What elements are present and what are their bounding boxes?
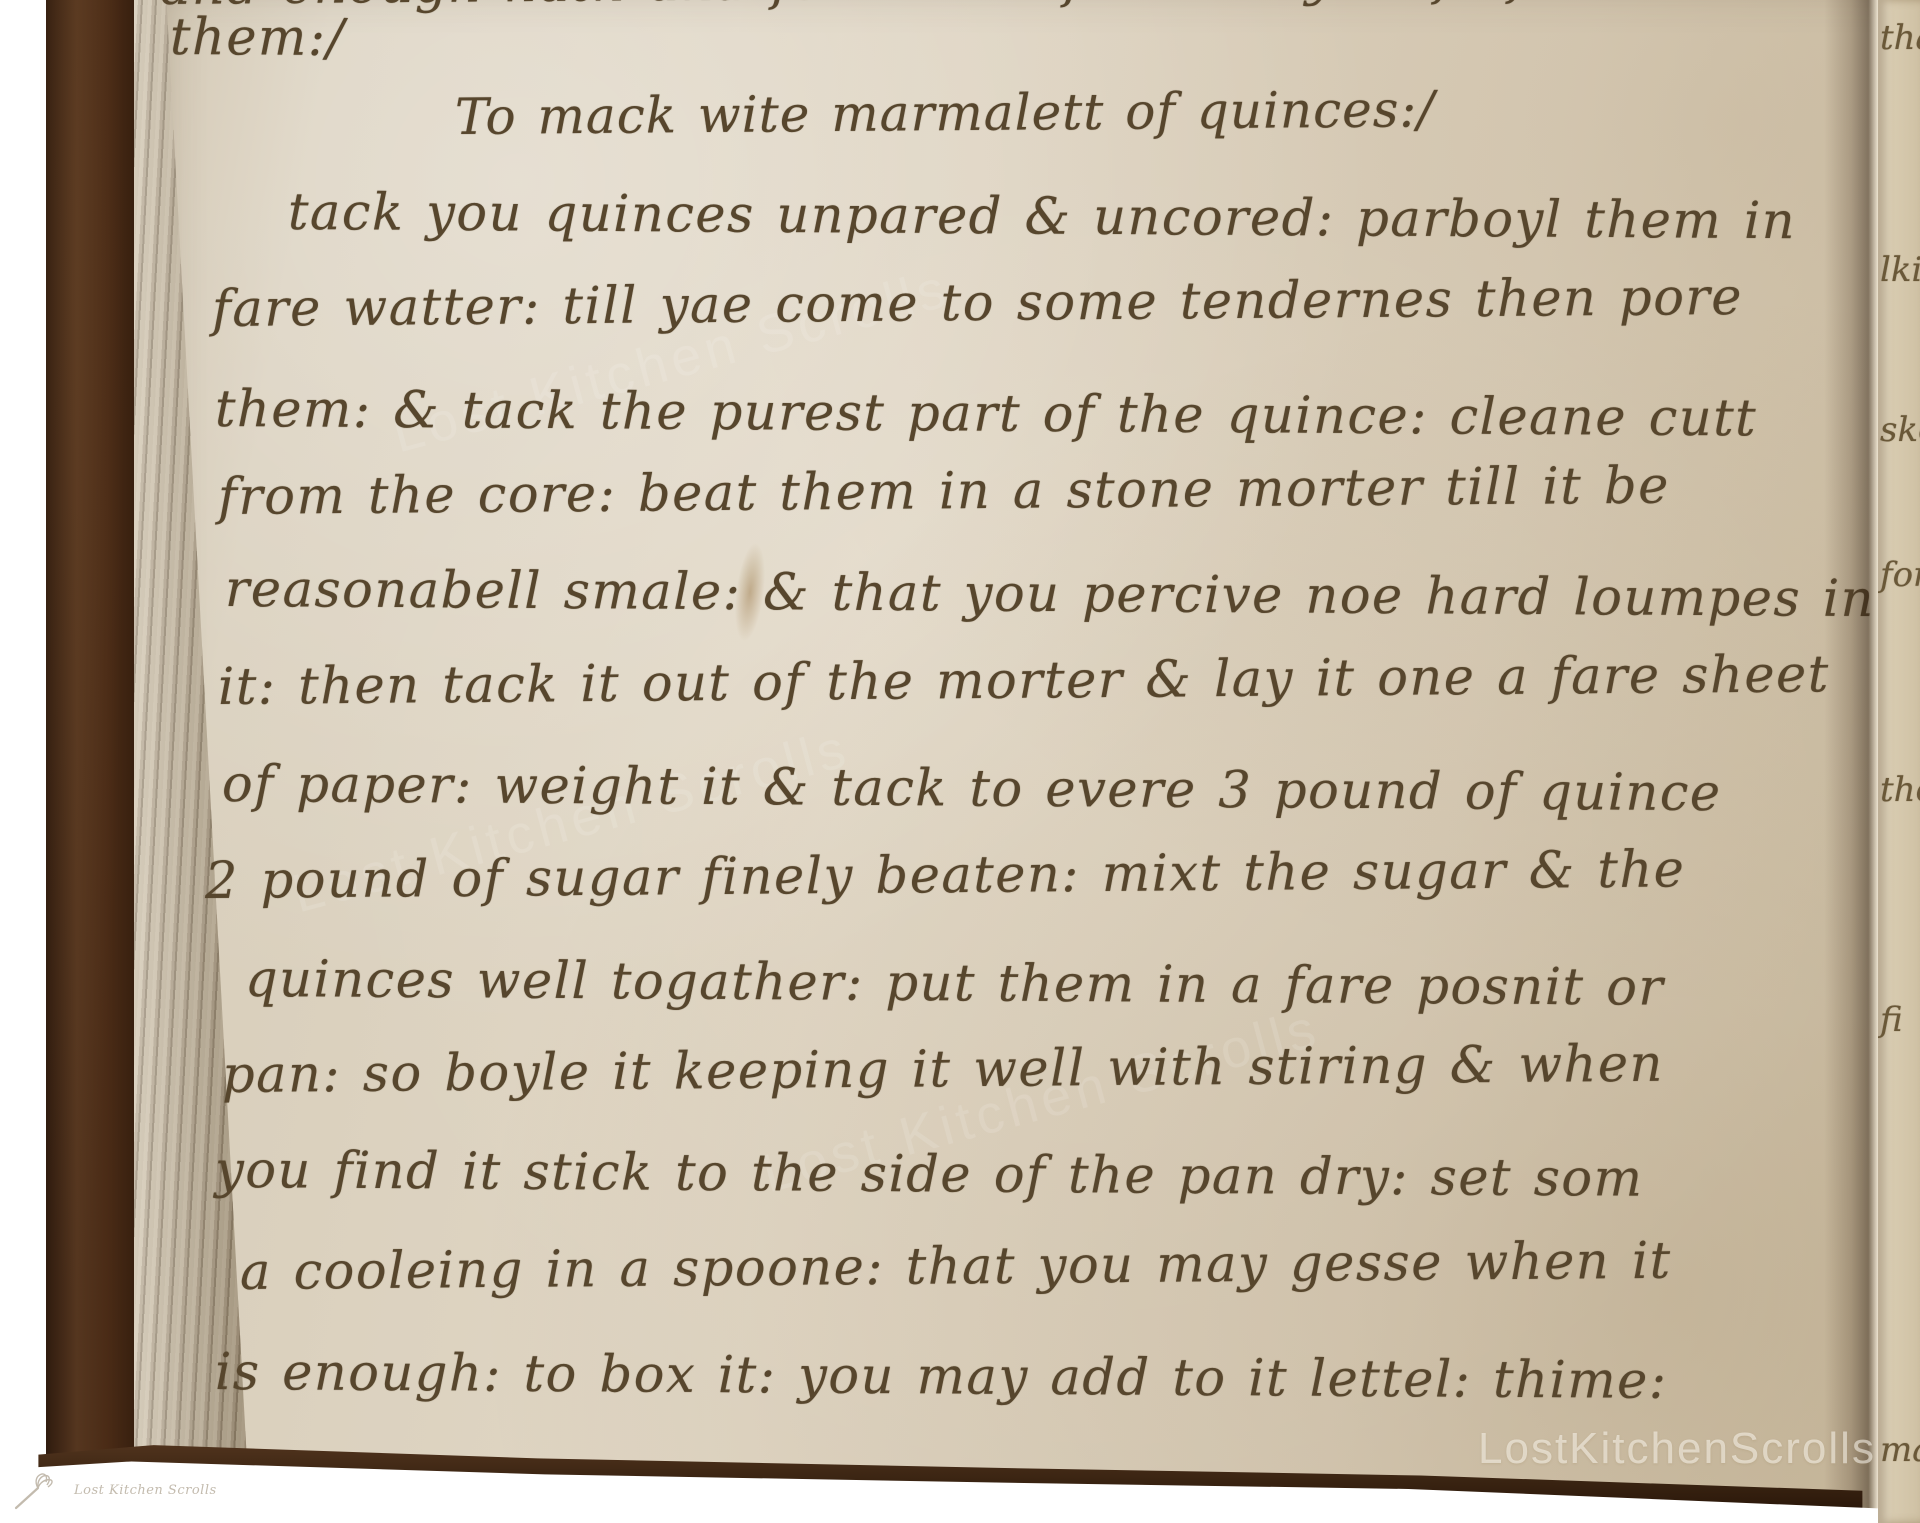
manuscript-line: a cooleing in a spoone: that you may ges… <box>240 1232 1672 1302</box>
whisk-icon <box>12 1468 68 1512</box>
recipe-title: To mack wite marmalett of quinces:/ <box>455 80 1436 146</box>
manuscript-page: Lost Kitchen Scrolls Lost Kitchen Scroll… <box>134 0 1878 1523</box>
manuscript-line: reasonabell smale: & that you percive no… <box>225 560 1875 629</box>
manuscript-photo: Lost Kitchen Scrolls Lost Kitchen Scroll… <box>0 0 1920 1523</box>
partial-cut-line: and enough hath and for them of send my … <box>160 0 1689 17</box>
manuscript-line: you find it stick to the side of the pan… <box>215 1141 1644 1209</box>
watermark-bottom-right: LostKitchenScrolls.org <box>1478 1424 1920 1474</box>
manuscript-line: pan: so boyle it keeping it well with st… <box>222 1035 1664 1105</box>
manuscript-line: of paper: weight it & tack to evere 3 po… <box>222 755 1722 823</box>
manuscript-line: quinces well togather: put them in a far… <box>245 950 1665 1018</box>
manuscript-line: it: then tack it out of the morter & lay… <box>218 645 1830 717</box>
manuscript-line: 2 pound of sugar finely beaten: mixt the… <box>205 840 1686 911</box>
site-logo: Lost Kitchen Scrolls <box>12 1468 217 1512</box>
facing-page-edge: tha lkii ske v fore v them fi may <box>1878 0 1920 1523</box>
logo-text: Lost Kitchen Scrolls <box>74 1483 217 1498</box>
manuscript-line: from the core: beat them in a stone mort… <box>218 457 1670 527</box>
book-spine <box>46 0 134 1478</box>
carryover-word: them:/ <box>170 8 346 68</box>
manuscript-line: them: & tack the purest part of the quin… <box>215 380 1758 448</box>
manuscript-line: fare watter: till yae come to some tende… <box>212 268 1743 339</box>
page-gutter-shadow <box>1824 0 1878 1523</box>
text-fragment: lkii <box>1880 250 1920 290</box>
text-fragment: tha <box>1880 18 1920 58</box>
manuscript-line: is enough: to box it: you may add to it … <box>215 1343 1668 1411</box>
text-fragment: fore v <box>1880 555 1920 595</box>
manuscript-line: tack you quinces unpared & uncored: parb… <box>288 183 1796 251</box>
text-fragment: fi <box>1880 1000 1903 1040</box>
ink-smudge <box>730 541 770 644</box>
text-fragment: them <box>1880 770 1920 810</box>
text-fragment: may <box>1880 1430 1920 1470</box>
text-fragment: ske v <box>1880 410 1920 450</box>
